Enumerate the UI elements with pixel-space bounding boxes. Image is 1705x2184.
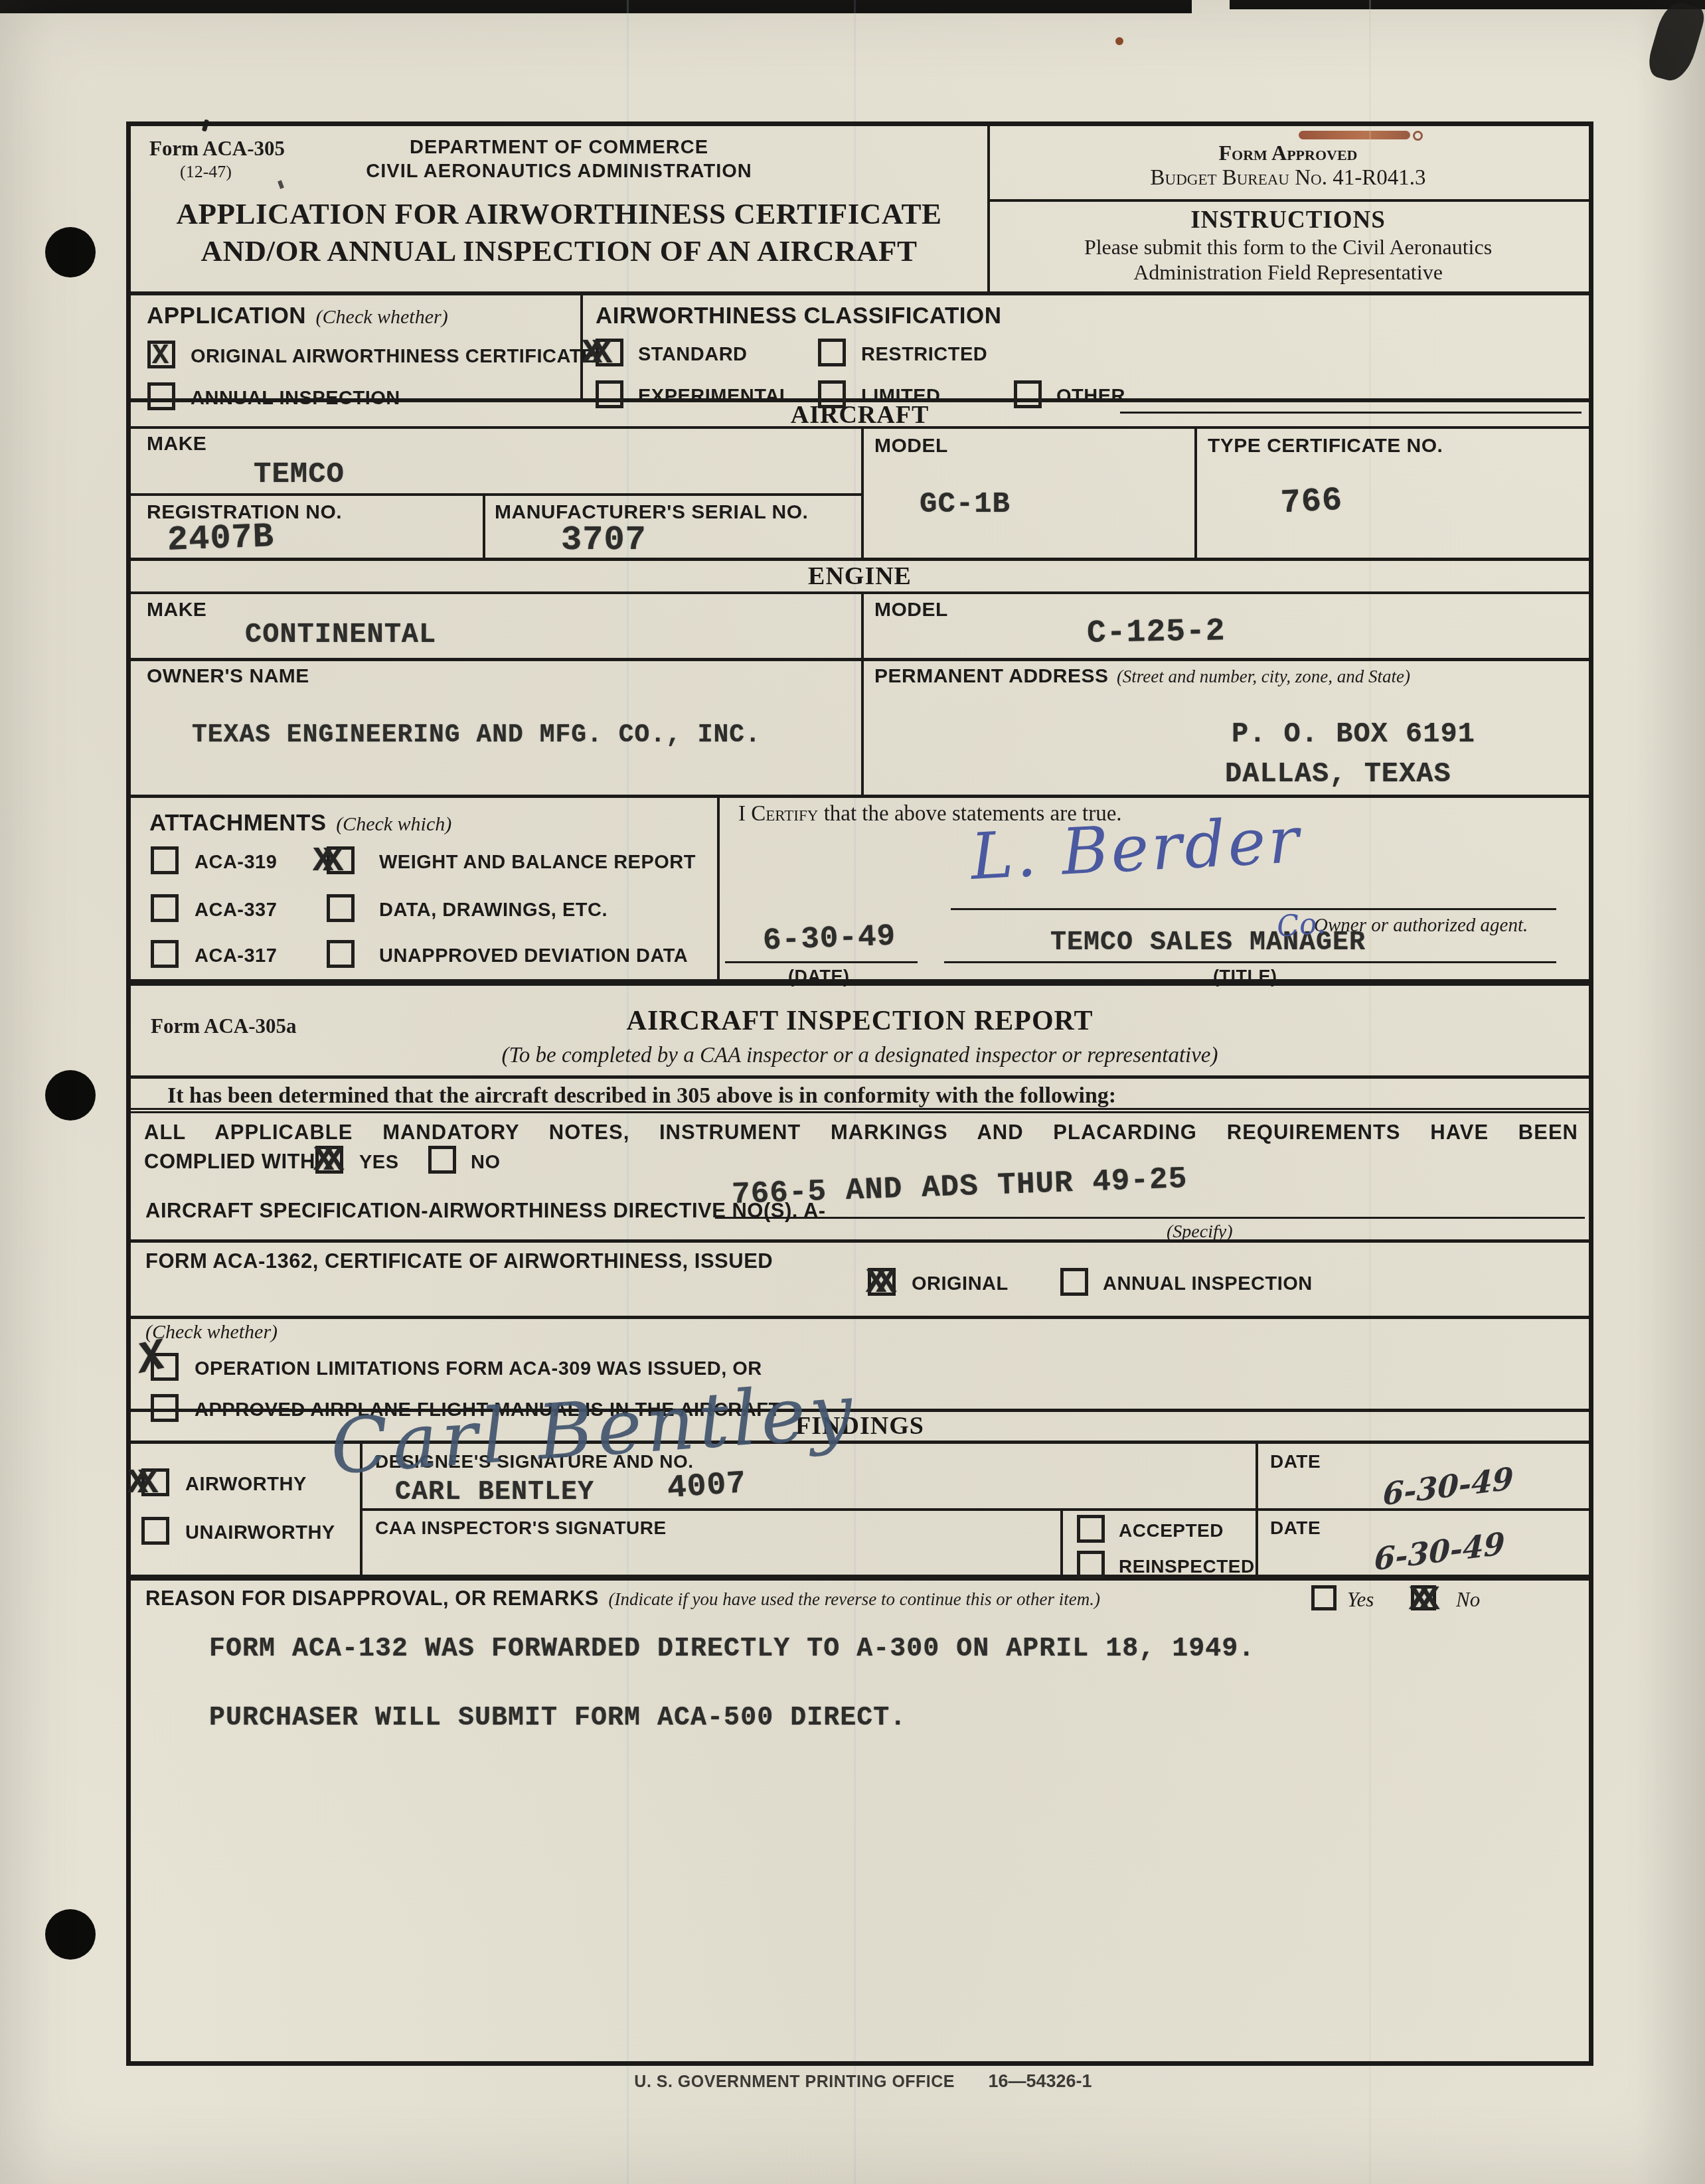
permanent-address-label-row: PERMANENT ADDRESS (Street and number, ci… bbox=[874, 665, 1410, 688]
serial-label: MANUFACTURER'S SERIAL NO. bbox=[495, 501, 808, 524]
scanned-form-page: Form ACA-305 (12-47) DEPARTMENT OF COMME… bbox=[0, 0, 1705, 2184]
attachments-section-label: ATTACHMENTS (Check which) bbox=[149, 810, 451, 836]
scan-edge-bar bbox=[0, 0, 1192, 13]
divider bbox=[1256, 1441, 1258, 1575]
model-label: MODEL bbox=[874, 435, 948, 457]
divider bbox=[1194, 426, 1197, 558]
hole-punch bbox=[45, 1070, 96, 1121]
address-line1: P. O. BOX 6191 bbox=[1232, 718, 1475, 750]
checkbox-unapproved-deviation bbox=[327, 940, 355, 968]
certify-lead: I Certify bbox=[738, 802, 818, 826]
owner-name-label: OWNER'S NAME bbox=[147, 665, 309, 688]
engine-model-value: C-125-2 bbox=[1087, 613, 1226, 652]
spec-value: 766-5 AND ADS THUR 49-25 bbox=[731, 1162, 1188, 1212]
aircraft-section-title: AIRCRAFT bbox=[131, 400, 1589, 429]
checkbox-remarks-yes bbox=[1311, 1585, 1337, 1610]
engine-section-title: ENGINE bbox=[131, 562, 1589, 591]
permanent-address-label: PERMANENT ADDRESS bbox=[874, 665, 1108, 687]
checkbox-label: YES bbox=[359, 1152, 399, 1174]
checkbox-original-airworthiness: X bbox=[147, 341, 175, 368]
check-mark: XX bbox=[127, 1464, 147, 1503]
divider bbox=[861, 658, 864, 795]
report-subtitle: (To be completed by a CAA inspector or a… bbox=[131, 1044, 1589, 1068]
instructions-line1: Please submit this form to the Civil Aer… bbox=[987, 235, 1589, 260]
printer-name: U. S. GOVERNMENT PRINTING OFFICE bbox=[634, 2072, 955, 2091]
spec-fill-line bbox=[715, 1217, 1585, 1219]
signature-line bbox=[951, 908, 1556, 910]
check-mark: X bbox=[152, 340, 169, 372]
checkbox-flight-manual bbox=[151, 1394, 179, 1422]
conformity-statement: It has been determined that the aircraft… bbox=[167, 1083, 1116, 1109]
checkbox-label: NO bbox=[471, 1152, 501, 1174]
check-whether-hint: (Check whether) bbox=[145, 1321, 278, 1344]
checkbox-aca-337 bbox=[151, 894, 179, 922]
engine-make-value: CONTINENTAL bbox=[245, 619, 436, 651]
divider bbox=[717, 795, 720, 979]
checkbox-label: DATA, DRAWINGS, ETC. bbox=[379, 899, 608, 921]
divider bbox=[131, 291, 1589, 295]
checkbox-aca-319 bbox=[151, 846, 179, 874]
hole-punch bbox=[45, 1909, 96, 1960]
report-title: AIRCRAFT INSPECTION REPORT bbox=[131, 1005, 1589, 1037]
divider bbox=[131, 1316, 1589, 1319]
aca1362-label: FORM ACA-1362, CERTIFICATE OF AIRWORTHIN… bbox=[145, 1249, 773, 1273]
print-number: 16—54326-1 bbox=[989, 2071, 1092, 2091]
paper-speck bbox=[1115, 37, 1123, 45]
spec-label: AIRCRAFT SPECIFICATION-AIRWORTHINESS DIR… bbox=[145, 1199, 826, 1223]
type-certificate-value: 766 bbox=[1280, 482, 1344, 523]
attachments-hint: (Check which) bbox=[336, 813, 451, 835]
divider bbox=[131, 493, 861, 496]
checkbox-label: WEIGHT AND BALANCE REPORT bbox=[379, 852, 696, 874]
signature-flourish: Co. bbox=[1275, 906, 1327, 944]
divider bbox=[131, 1108, 1589, 1113]
checkbox-label: UNAPPROVED DEVIATION DATA bbox=[379, 945, 688, 967]
serial-value: 3707 bbox=[561, 520, 647, 560]
checkbox-label: AIRWORTHY bbox=[185, 1474, 307, 1496]
findings-date-bottom: 6-30-49 bbox=[1374, 1525, 1505, 1578]
checkbox-data-drawings bbox=[327, 894, 355, 922]
remarks-label: REASON FOR DISAPPROVAL, OR REMARKS bbox=[145, 1587, 599, 1610]
divider bbox=[131, 1239, 1589, 1243]
checkbox-issued-original: XX bbox=[868, 1268, 896, 1296]
checkbox-remarks-no: XX bbox=[1411, 1585, 1436, 1610]
checkbox-label: ORIGINAL AIRWORTHINESS CERTIFICATE bbox=[191, 346, 595, 368]
checkbox-complied-yes: XX bbox=[315, 1146, 343, 1174]
permanent-address-hint: (Street and number, city, zone, and Stat… bbox=[1117, 666, 1410, 686]
checkbox-label: OPERATION LIMITATIONS FORM ACA-309 WAS I… bbox=[195, 1358, 762, 1380]
section-divider bbox=[131, 979, 1589, 986]
checkbox-label: REINSPECTED bbox=[1119, 1556, 1255, 1577]
divider bbox=[861, 426, 864, 558]
divider bbox=[861, 591, 864, 658]
model-value: GC-1B bbox=[920, 488, 1011, 521]
checkbox-restricted bbox=[818, 339, 846, 366]
date-label: DATE bbox=[1270, 1518, 1321, 1539]
type-certificate-label: TYPE CERTIFICATE NO. bbox=[1208, 435, 1443, 457]
check-mark: XX bbox=[582, 334, 602, 373]
checkbox-weight-balance: XX bbox=[327, 846, 355, 874]
make-value: TEMCO bbox=[254, 458, 345, 491]
caa-inspector-label: CAA INSPECTOR'S SIGNATURE bbox=[375, 1518, 667, 1539]
divider bbox=[131, 558, 1589, 561]
date-caption: (DATE) bbox=[788, 967, 849, 987]
checkbox-unairworthy bbox=[141, 1517, 169, 1545]
title-caption: (TITLE) bbox=[1213, 967, 1277, 987]
checkbox-label: STANDARD bbox=[638, 344, 748, 366]
checkbox-operation-limitations: X bbox=[151, 1353, 179, 1381]
engine-make-label: MAKE bbox=[147, 599, 206, 621]
checkbox-other bbox=[1014, 380, 1042, 408]
checkbox-annual-inspection bbox=[147, 382, 175, 410]
instructions-title: INSTRUCTIONS bbox=[987, 206, 1589, 234]
check-mark: XX bbox=[1409, 1581, 1429, 1620]
application-hint: (Check whether) bbox=[316, 306, 448, 328]
checkbox-label: ORIGINAL bbox=[912, 1273, 1009, 1295]
check-mark: XX bbox=[866, 1263, 886, 1302]
page-title-line1: APPLICATION FOR AIRWORTHINESS CERTIFICAT… bbox=[131, 196, 987, 231]
printing-office-footer: U. S. GOVERNMENT PRINTING OFFICE 16—5432… bbox=[564, 2071, 1162, 2092]
checkbox-label: UNAIRWORTHY bbox=[185, 1522, 335, 1544]
page-title-line2: AND/OR ANNUAL INSPECTION OF AN AIRCRAFT bbox=[131, 234, 987, 268]
remarks-label-row: REASON FOR DISAPPROVAL, OR REMARKS (Indi… bbox=[145, 1587, 1100, 1610]
mandatory-line1: ALL APPLICABLE MANDATORY NOTES, INSTRUME… bbox=[144, 1121, 1578, 1144]
form-approved-label: Form Approved bbox=[987, 141, 1589, 165]
check-mark: XX bbox=[313, 1141, 333, 1180]
divider bbox=[131, 795, 1589, 798]
engine-model-label: MODEL bbox=[874, 599, 948, 621]
checkbox-label: Yes bbox=[1347, 1588, 1374, 1612]
divider bbox=[987, 199, 1589, 202]
checkbox-label: ACA-337 bbox=[195, 899, 277, 921]
findings-date-top: 6-30-49 bbox=[1382, 1460, 1514, 1513]
budget-bureau-number: Budget Bureau No. 41-R041.3 bbox=[987, 166, 1589, 191]
title-line bbox=[944, 961, 1556, 963]
scan-corner-smudge bbox=[1645, 0, 1705, 86]
mandatory-line2: COMPLIED WITH bbox=[144, 1150, 315, 1174]
owner-name-value: TEXAS ENGINEERING AND MFG. CO., INC. bbox=[192, 721, 761, 749]
divider bbox=[1060, 1508, 1063, 1575]
checkbox-issued-annual bbox=[1060, 1268, 1088, 1296]
checkbox-airworthy: XX bbox=[141, 1468, 169, 1496]
checkbox-reinspected bbox=[1077, 1551, 1105, 1579]
divider bbox=[131, 1075, 1589, 1079]
scan-edge-bar bbox=[1230, 0, 1705, 9]
remarks-line1: FORM ACA-132 WAS FORWARDED DIRECTLY TO A… bbox=[209, 1634, 1255, 1664]
checkbox-limited bbox=[818, 380, 846, 408]
administration-line: CIVIL AERONAUTICS ADMINISTRATION bbox=[131, 161, 987, 183]
section-divider bbox=[131, 1575, 1589, 1581]
registration-value: 2407B bbox=[167, 517, 275, 560]
designee-number: 4007 bbox=[666, 1466, 748, 1507]
checkbox-label: RESTRICTED bbox=[861, 344, 987, 366]
application-section-label: APPLICATION (Check whether) bbox=[147, 303, 448, 329]
hole-punch bbox=[45, 227, 96, 277]
application-title: APPLICATION bbox=[147, 303, 306, 329]
checkbox-label: ACA-317 bbox=[195, 945, 277, 967]
checkbox-accepted bbox=[1077, 1515, 1105, 1543]
checkbox-label: No bbox=[1456, 1588, 1480, 1612]
instructions-line2: Administration Field Representative bbox=[987, 260, 1589, 285]
remarks-line2: PURCHASER WILL SUBMIT FORM ACA-500 DIREC… bbox=[209, 1703, 906, 1733]
checkbox-experimental bbox=[596, 380, 623, 408]
classification-title: AIRWORTHINESS CLASSIFICATION bbox=[596, 303, 1002, 329]
date-label: DATE bbox=[1270, 1451, 1321, 1472]
check-mark: XX bbox=[313, 842, 333, 881]
checkbox-complied-no bbox=[428, 1146, 456, 1174]
checkbox-label: ACCEPTED bbox=[1119, 1520, 1224, 1541]
make-label: MAKE bbox=[147, 433, 206, 455]
checkbox-label: ACA-319 bbox=[195, 852, 277, 874]
certify-date-value: 6-30-49 bbox=[762, 919, 896, 959]
specify-hint: (Specify) bbox=[1167, 1221, 1233, 1243]
designee-signature: Carl Bentley bbox=[327, 1366, 859, 1491]
checkbox-aca-317 bbox=[151, 940, 179, 968]
date-line bbox=[725, 961, 918, 963]
attachments-title: ATTACHMENTS bbox=[149, 810, 327, 836]
address-line2: DALLAS, TEXAS bbox=[1225, 758, 1451, 790]
department-line: DEPARTMENT OF COMMERCE bbox=[131, 137, 987, 159]
divider bbox=[131, 591, 1589, 594]
remarks-hint: (Indicate if you have used the reverse t… bbox=[608, 1589, 1100, 1609]
checkbox-standard: XX bbox=[596, 339, 623, 366]
form-aca-305: Form ACA-305 (12-47) DEPARTMENT OF COMME… bbox=[126, 121, 1593, 2066]
checkbox-label: ANNUAL INSPECTION bbox=[1103, 1273, 1313, 1295]
divider bbox=[483, 493, 485, 558]
divider bbox=[131, 658, 1589, 661]
